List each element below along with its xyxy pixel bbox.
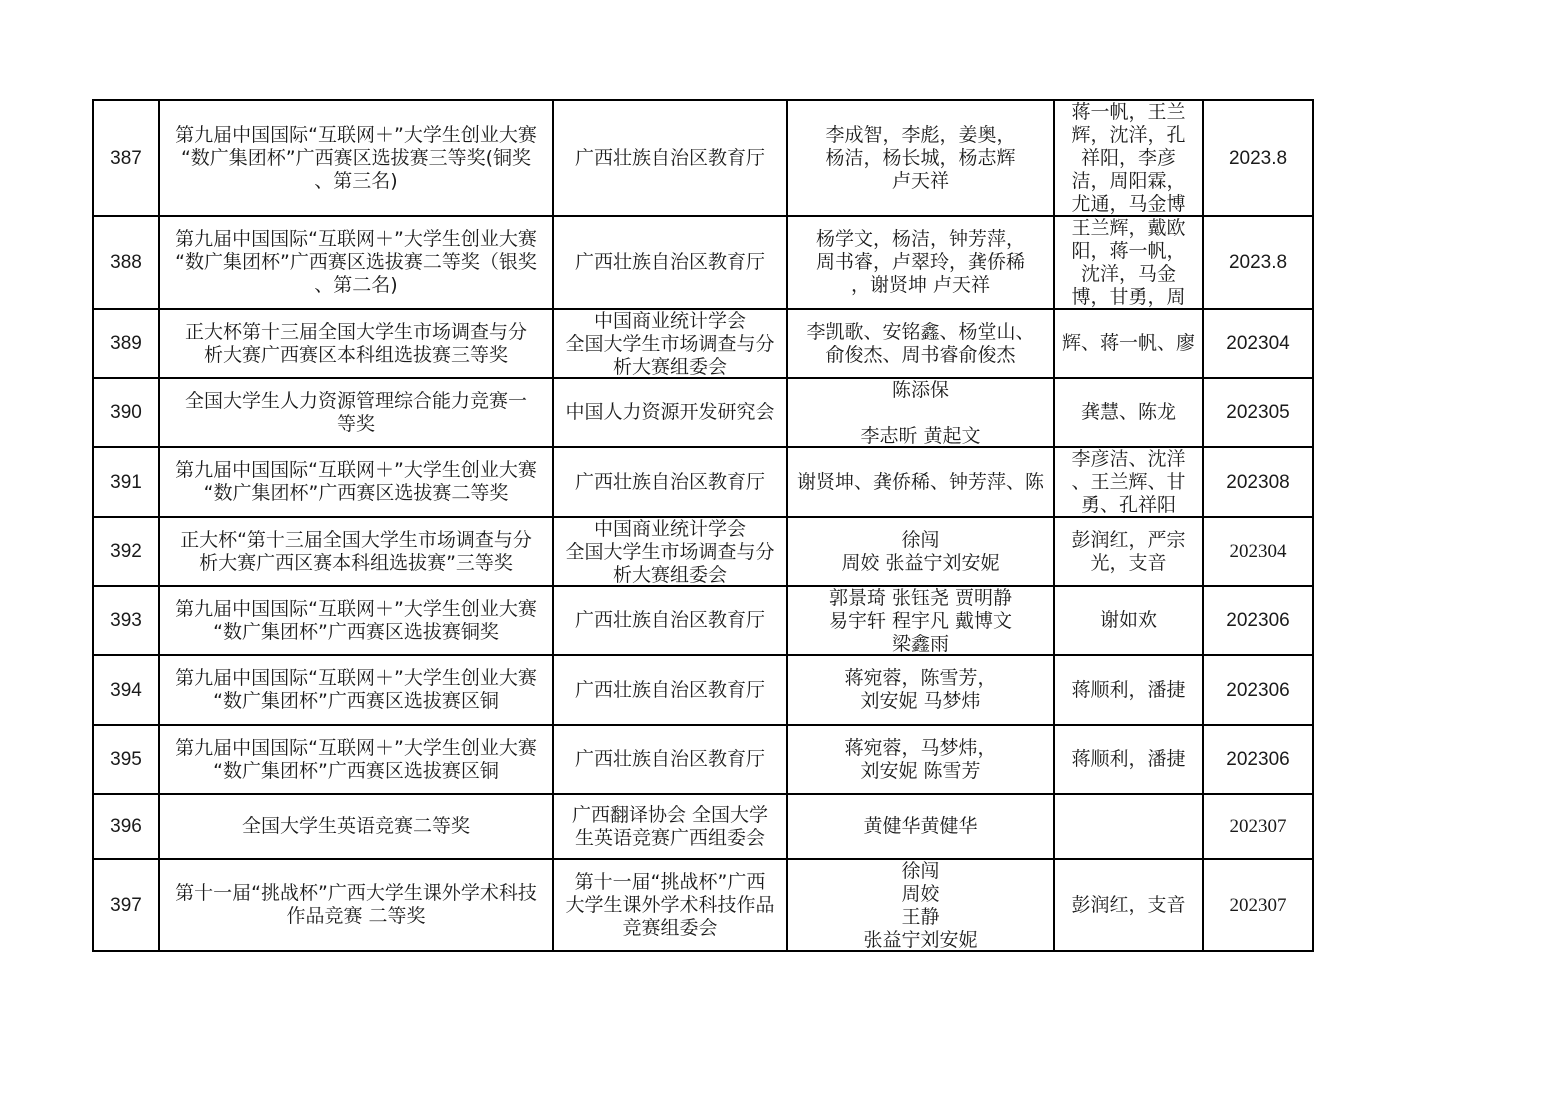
row-number-text: 396	[96, 815, 156, 838]
student-names-text: 郭景琦 张钰尧 贾明静 易宇轩 程宇凡 戴博文 梁鑫雨	[790, 587, 1051, 654]
advisor-names-text: 龚慧、陈龙	[1057, 401, 1200, 424]
row-number: 390	[93, 378, 159, 447]
row-number-text: 389	[96, 332, 156, 355]
issuing-organization: 中国商业统计学会 全国大学生市场调查与分 析大赛组委会	[553, 517, 787, 586]
table-row: 390全国大学生人力资源管理综合能力竞赛一 等奖中国人力资源开发研究会陈添保 李…	[93, 378, 1313, 447]
issuing-organization-text: 广西壮族自治区教育厅	[556, 251, 784, 274]
advisor-names: 李彦洁、沈洋 、王兰辉、甘 勇、孔祥阳	[1054, 447, 1203, 517]
advisor-names: 彭润红，支音	[1054, 859, 1203, 951]
table-row: 393第九届中国国际“互联网＋”大学生创业大赛 “数广集团杯”广西赛区选拔赛铜奖…	[93, 586, 1313, 655]
award-date: 202307	[1203, 859, 1313, 951]
row-number-text: 387	[96, 147, 156, 170]
award-name-text: 第九届中国国际“互联网＋”大学生创业大赛 “数广集团杯”广西赛区选拔赛三等奖(铜…	[162, 124, 550, 193]
student-names-text: 谢贤坤、龚侨稀、钟芳萍、陈	[790, 471, 1051, 494]
issuing-organization-text: 广西壮族自治区教育厅	[556, 471, 784, 494]
award-date-text: 202304	[1206, 332, 1310, 355]
award-name: 正大杯第十三届全国大学生市场调查与分 析大赛广西赛区本科组选拔赛三等奖	[159, 309, 553, 378]
issuing-organization-text: 第十一届“挑战杯”广西 大学生课外学术科技作品 竞赛组委会	[556, 871, 784, 940]
student-names: 郭景琦 张钰尧 贾明静 易宇轩 程宇凡 戴博文 梁鑫雨	[787, 586, 1054, 655]
table-row: 397第十一届“挑战杯”广西大学生课外学术科技 作品竞赛 二等奖第十一届“挑战杯…	[93, 859, 1313, 951]
award-date: 202304	[1203, 309, 1313, 378]
student-names-text: 李凯歌、安铭鑫、杨堂山、 俞俊杰、周书睿俞俊杰	[790, 321, 1051, 367]
row-number-text: 391	[96, 471, 156, 494]
advisor-names: 蒋顺利，潘捷	[1054, 725, 1203, 794]
award-date-text: 202305	[1206, 401, 1310, 424]
student-names: 杨学文，杨洁，钟芳萍， 周书睿，卢翠玲，龚侨稀 ，谢贤坤 卢天祥	[787, 216, 1054, 309]
award-name-text: 正大杯第十三届全国大学生市场调查与分 析大赛广西赛区本科组选拔赛三等奖	[162, 321, 550, 367]
award-name-text: 全国大学生人力资源管理综合能力竞赛一 等奖	[162, 390, 550, 436]
issuing-organization: 中国人力资源开发研究会	[553, 378, 787, 447]
award-name-text: 第九届中国国际“互联网＋”大学生创业大赛 “数广集团杯”广西赛区选拔赛区铜	[162, 667, 550, 713]
row-number: 389	[93, 309, 159, 378]
award-name-text: 第九届中国国际“互联网＋”大学生创业大赛 “数广集团杯”广西赛区选拔赛区铜	[162, 737, 550, 783]
award-date: 202307	[1203, 794, 1313, 859]
award-date-text: 202307	[1206, 815, 1310, 838]
student-names-text: 蒋宛蓉，马梦炜， 刘安妮 陈雪芳	[790, 737, 1051, 783]
award-name: 全国大学生英语竞赛二等奖	[159, 794, 553, 859]
table-row: 387第九届中国国际“互联网＋”大学生创业大赛 “数广集团杯”广西赛区选拔赛三等…	[93, 100, 1313, 216]
row-number: 395	[93, 725, 159, 794]
student-names: 蒋宛蓉，马梦炜， 刘安妮 陈雪芳	[787, 725, 1054, 794]
student-names: 徐闯 周姣 张益宁刘安妮	[787, 517, 1054, 586]
award-date: 202306	[1203, 725, 1313, 794]
award-name: 第九届中国国际“互联网＋”大学生创业大赛 “数广集团杯”广西赛区选拔赛区铜	[159, 725, 553, 794]
award-name: 第十一届“挑战杯”广西大学生课外学术科技 作品竞赛 二等奖	[159, 859, 553, 951]
student-names: 谢贤坤、龚侨稀、钟芳萍、陈	[787, 447, 1054, 517]
advisor-names-text: 蒋顺利，潘捷	[1057, 748, 1200, 771]
issuing-organization-text: 中国人力资源开发研究会	[556, 401, 784, 424]
advisor-names-text: 彭润红，严宗 光，支音	[1057, 529, 1200, 575]
student-names: 李凯歌、安铭鑫、杨堂山、 俞俊杰、周书睿俞俊杰	[787, 309, 1054, 378]
award-name-text: 第九届中国国际“互联网＋”大学生创业大赛 “数广集团杯”广西赛区选拔赛铜奖	[162, 598, 550, 644]
award-name: 第九届中国国际“互联网＋”大学生创业大赛 “数广集团杯”广西赛区选拔赛区铜	[159, 655, 553, 725]
award-name: 第九届中国国际“互联网＋”大学生创业大赛 “数广集团杯”广西赛区选拔赛铜奖	[159, 586, 553, 655]
award-date-text: 2023.8	[1206, 251, 1310, 274]
student-names-text: 徐闯 周姣 张益宁刘安妮	[790, 529, 1051, 575]
row-number-text: 397	[96, 894, 156, 917]
award-date: 202305	[1203, 378, 1313, 447]
row-number-text: 394	[96, 679, 156, 702]
student-names: 蒋宛蓉，陈雪芳， 刘安妮 马梦炜	[787, 655, 1054, 725]
student-names: 陈添保 李志昕 黄起文	[787, 378, 1054, 447]
advisor-names-text: 李彦洁、沈洋 、王兰辉、甘 勇、孔祥阳	[1057, 448, 1200, 516]
award-name-text: 第九届中国国际“互联网＋”大学生创业大赛 “数广集团杯”广西赛区选拔赛二等奖	[162, 459, 550, 505]
student-names: 李成智，李彪，姜奥， 杨洁，杨长城，杨志辉 卢天祥	[787, 100, 1054, 216]
advisor-names-text: 辉、蒋一帆、廖	[1057, 332, 1200, 355]
student-names-text: 杨学文，杨洁，钟芳萍， 周书睿，卢翠玲，龚侨稀 ，谢贤坤 卢天祥	[790, 228, 1051, 297]
student-names-text: 陈添保 李志昕 黄起文	[790, 379, 1051, 446]
award-name-text: 第十一届“挑战杯”广西大学生课外学术科技 作品竞赛 二等奖	[162, 882, 550, 928]
award-name-text: 全国大学生英语竞赛二等奖	[162, 815, 550, 838]
row-number-text: 395	[96, 748, 156, 771]
row-number: 391	[93, 447, 159, 517]
advisor-names: 王兰辉，戴欧 阳，蒋一帆， 沈洋，马金 博，甘勇，周	[1054, 216, 1203, 309]
student-names-text: 蒋宛蓉，陈雪芳， 刘安妮 马梦炜	[790, 667, 1051, 713]
row-number: 396	[93, 794, 159, 859]
issuing-organization: 广西壮族自治区教育厅	[553, 725, 787, 794]
award-name: 第九届中国国际“互联网＋”大学生创业大赛 “数广集团杯”广西赛区选拔赛三等奖(铜…	[159, 100, 553, 216]
row-number-text: 392	[96, 540, 156, 563]
advisor-names-text: 蒋顺利，潘捷	[1057, 679, 1200, 702]
awards-table: 387第九届中国国际“互联网＋”大学生创业大赛 “数广集团杯”广西赛区选拔赛三等…	[92, 99, 1314, 952]
advisor-names: 谢如欢	[1054, 586, 1203, 655]
table-row: 396全国大学生英语竞赛二等奖广西翻译协会 全国大学 生英语竞赛广西组委会黄健华…	[93, 794, 1313, 859]
award-date: 202306	[1203, 655, 1313, 725]
issuing-organization: 广西壮族自治区教育厅	[553, 216, 787, 309]
issuing-organization: 广西壮族自治区教育厅	[553, 447, 787, 517]
advisor-names-text: 王兰辉，戴欧 阳，蒋一帆， 沈洋，马金 博，甘勇，周	[1057, 217, 1200, 308]
issuing-organization-text: 广西壮族自治区教育厅	[556, 147, 784, 170]
issuing-organization: 中国商业统计学会 全国大学生市场调查与分 析大赛组委会	[553, 309, 787, 378]
award-date: 2023.8	[1203, 216, 1313, 309]
issuing-organization-text: 中国商业统计学会 全国大学生市场调查与分 析大赛组委会	[556, 310, 784, 377]
award-name-text: 第九届中国国际“互联网＋”大学生创业大赛 “数广集团杯”广西赛区选拔赛二等奖（银…	[162, 228, 550, 297]
advisor-names: 龚慧、陈龙	[1054, 378, 1203, 447]
table-row: 395第九届中国国际“互联网＋”大学生创业大赛 “数广集团杯”广西赛区选拔赛区铜…	[93, 725, 1313, 794]
award-name: 正大杯“第十三届全国大学生市场调查与分 析大赛广西区赛本科组选拔赛”三等奖	[159, 517, 553, 586]
issuing-organization-text: 广西壮族自治区教育厅	[556, 679, 784, 702]
issuing-organization-text: 广西壮族自治区教育厅	[556, 748, 784, 771]
table-row: 391第九届中国国际“互联网＋”大学生创业大赛 “数广集团杯”广西赛区选拔赛二等…	[93, 447, 1313, 517]
table-row: 388第九届中国国际“互联网＋”大学生创业大赛 “数广集团杯”广西赛区选拔赛二等…	[93, 216, 1313, 309]
award-date-text: 202306	[1206, 609, 1310, 632]
award-date-text: 202308	[1206, 471, 1310, 494]
award-name: 全国大学生人力资源管理综合能力竞赛一 等奖	[159, 378, 553, 447]
table-row: 389正大杯第十三届全国大学生市场调查与分 析大赛广西赛区本科组选拔赛三等奖中国…	[93, 309, 1313, 378]
advisor-names: 蒋一帆，王兰 辉，沈洋，孔 祥阳，李彦 洁，周阳霖， 尤通，马金博	[1054, 100, 1203, 216]
advisor-names: 彭润红，严宗 光，支音	[1054, 517, 1203, 586]
advisor-names	[1054, 794, 1203, 859]
row-number: 392	[93, 517, 159, 586]
row-number: 397	[93, 859, 159, 951]
award-date: 202308	[1203, 447, 1313, 517]
award-date-text: 202307	[1206, 894, 1310, 917]
row-number-text: 388	[96, 251, 156, 274]
issuing-organization: 广西翻译协会 全国大学 生英语竞赛广西组委会	[553, 794, 787, 859]
award-name-text: 正大杯“第十三届全国大学生市场调查与分 析大赛广西区赛本科组选拔赛”三等奖	[162, 529, 550, 575]
award-date: 202306	[1203, 586, 1313, 655]
issuing-organization: 广西壮族自治区教育厅	[553, 655, 787, 725]
student-names-text: 李成智，李彪，姜奥， 杨洁，杨长城，杨志辉 卢天祥	[790, 124, 1051, 193]
issuing-organization-text: 中国商业统计学会 全国大学生市场调查与分 析大赛组委会	[556, 518, 784, 585]
student-names-text: 徐闯 周姣 王静 张益宁刘安妮	[790, 860, 1051, 950]
table-row: 392正大杯“第十三届全国大学生市场调查与分 析大赛广西区赛本科组选拔赛”三等奖…	[93, 517, 1313, 586]
issuing-organization: 广西壮族自治区教育厅	[553, 586, 787, 655]
row-number: 387	[93, 100, 159, 216]
award-date-text: 202304	[1206, 540, 1310, 563]
issuing-organization-text: 广西壮族自治区教育厅	[556, 609, 784, 632]
award-date-text: 2023.8	[1206, 147, 1310, 170]
award-date-text: 202306	[1206, 679, 1310, 702]
student-names-text: 黄健华黄健华	[790, 815, 1051, 838]
issuing-organization: 广西壮族自治区教育厅	[553, 100, 787, 216]
table-row: 394第九届中国国际“互联网＋”大学生创业大赛 “数广集团杯”广西赛区选拔赛区铜…	[93, 655, 1313, 725]
row-number: 388	[93, 216, 159, 309]
row-number-text: 393	[96, 609, 156, 632]
advisor-names: 蒋顺利，潘捷	[1054, 655, 1203, 725]
award-date: 202304	[1203, 517, 1313, 586]
advisor-names: 辉、蒋一帆、廖	[1054, 309, 1203, 378]
advisor-names-text: 谢如欢	[1057, 609, 1200, 632]
issuing-organization: 第十一届“挑战杯”广西 大学生课外学术科技作品 竞赛组委会	[553, 859, 787, 951]
student-names: 徐闯 周姣 王静 张益宁刘安妮	[787, 859, 1054, 951]
award-date-text: 202306	[1206, 748, 1310, 771]
issuing-organization-text: 广西翻译协会 全国大学 生英语竞赛广西组委会	[556, 804, 784, 850]
advisor-names-text: 彭润红，支音	[1057, 894, 1200, 917]
row-number: 394	[93, 655, 159, 725]
advisor-names-text: 蒋一帆，王兰 辉，沈洋，孔 祥阳，李彦 洁，周阳霖， 尤通，马金博	[1057, 101, 1200, 215]
row-number: 393	[93, 586, 159, 655]
award-date: 2023.8	[1203, 100, 1313, 216]
student-names: 黄健华黄健华	[787, 794, 1054, 859]
row-number-text: 390	[96, 401, 156, 424]
award-name: 第九届中国国际“互联网＋”大学生创业大赛 “数广集团杯”广西赛区选拔赛二等奖	[159, 447, 553, 517]
award-name: 第九届中国国际“互联网＋”大学生创业大赛 “数广集团杯”广西赛区选拔赛二等奖（银…	[159, 216, 553, 309]
